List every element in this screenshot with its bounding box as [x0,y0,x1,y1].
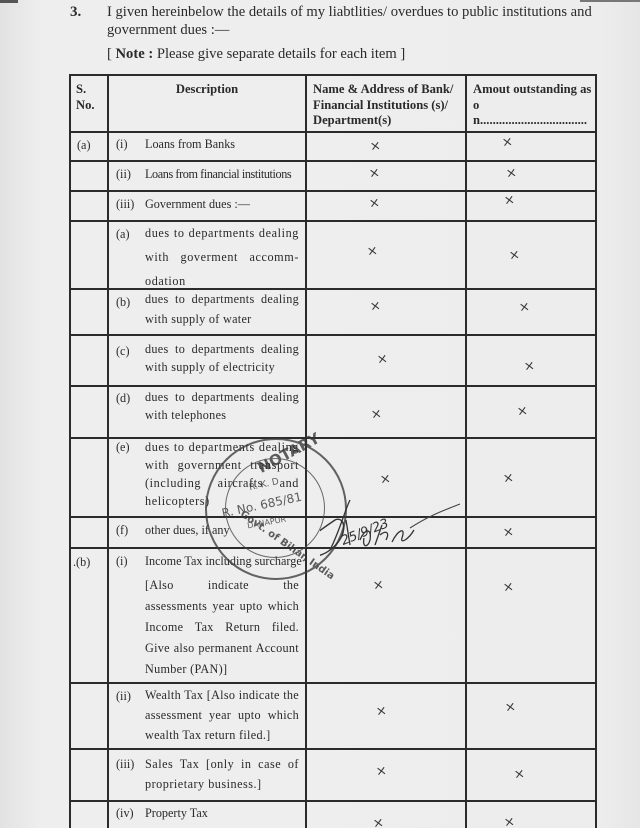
column-divider [107,74,109,828]
row-divider [69,748,596,750]
cross-mark: × [502,579,515,595]
signature-scribble [320,490,470,570]
row-sno: (a) [77,137,91,153]
row-num: (e) [116,440,130,455]
cross-mark: × [376,351,389,367]
cross-mark: × [513,766,526,782]
note-text: Please give separate details for each it… [157,46,397,62]
cross-mark: × [369,138,382,154]
liabilities-table: S. No. Description Name & Address of Ban… [69,74,595,828]
row-num: (ii) [116,689,131,704]
row-num: (ii) [116,167,131,182]
row-desc: Wealth Tax [Also indicate the assessment… [145,685,299,745]
cross-mark: × [502,524,515,540]
item-number: 3. [70,4,81,21]
row-num: (i) [116,554,128,569]
cross-mark: × [366,243,379,259]
note-line: [ Note : Please give separate details fo… [107,46,405,63]
row-num: (d) [116,391,130,406]
row-num: (a) [116,227,130,242]
cross-mark: × [503,192,516,208]
header-bank: Name & Address of Bank/ Financial Instit… [313,82,461,129]
row-desc: Loans from financial institutions [145,162,305,186]
row-desc: Property Tax [145,801,299,825]
row-num: (b) [116,295,130,310]
cross-mark: × [379,471,392,487]
header-description: Description [109,82,305,98]
cross-mark: × [368,165,381,181]
cross-mark: × [502,470,515,486]
table-border-left [69,74,71,828]
cross-mark: × [372,577,385,593]
table-border-top [69,74,596,76]
row-num: (c) [116,344,130,359]
row-desc: Government dues :— [145,192,299,216]
header-sno: S. No. [76,82,106,113]
row-num: (i) [116,137,128,152]
bracket: [ [107,46,116,62]
row-desc: Loans from Banks [145,132,299,156]
row-desc: Sales Tax [only in case of proprietary b… [145,754,299,794]
row-desc: dues to departments dealing with telepho… [145,388,299,424]
row-desc-extra: [Also indicate the assessments year upto… [145,575,299,680]
intro-text: I given hereinbelow the details of my li… [107,3,607,39]
row-num: (iv) [116,806,134,821]
row-desc: dues to departments dealing with supply … [145,289,299,329]
bracket: ] [397,46,406,62]
cross-mark: × [370,406,383,422]
column-divider [465,74,467,828]
row-divider [69,682,596,684]
row-num: (iii) [116,757,134,772]
cross-mark: × [375,703,388,719]
row-desc: dues to departments dealing with goverme… [145,221,299,293]
cross-mark: × [501,134,514,150]
cross-mark: × [368,195,381,211]
scan-edge [0,0,18,3]
cross-mark: × [504,699,517,715]
row-desc: dues to departments dealing with supply … [145,340,299,376]
table-border-right [595,74,597,828]
cross-mark: × [523,358,536,374]
cross-mark: × [518,299,531,315]
row-divider [69,334,596,336]
row-sno: .(b) [73,554,90,570]
cross-mark: × [369,298,382,314]
cross-mark: × [503,814,516,828]
row-num: (f) [116,523,128,538]
cross-mark: × [375,763,388,779]
cross-mark: × [508,247,521,263]
cross-mark: × [516,403,529,419]
row-divider [69,160,107,162]
header-amount: Amout outstanding as on.................… [473,82,593,129]
note-label: Note : [116,46,154,62]
row-divider [69,385,596,387]
row-num: (iii) [116,197,134,212]
scan-edge [580,0,640,2]
cross-mark: × [505,165,518,181]
cross-mark: × [372,815,385,828]
